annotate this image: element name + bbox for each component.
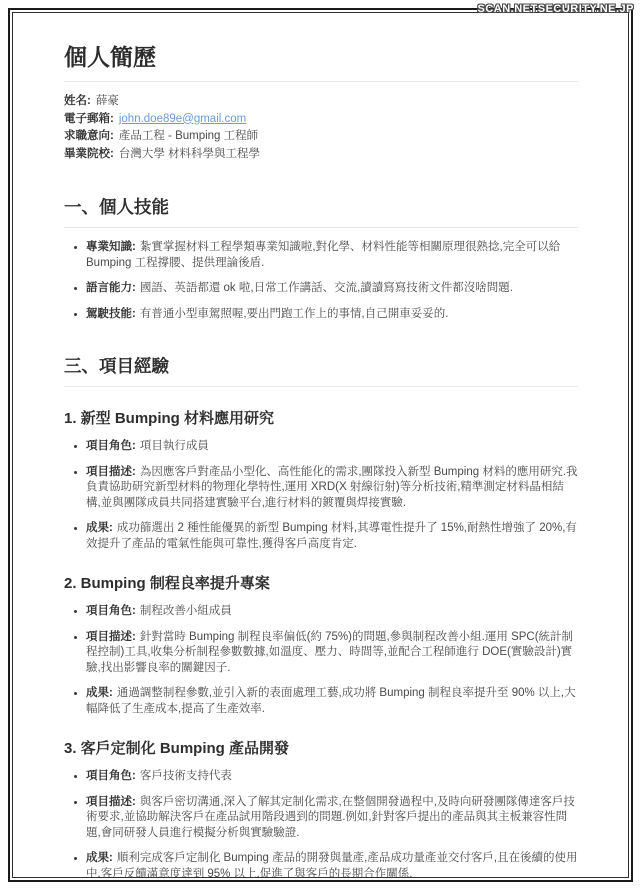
- project-item-description: 項目描述:為因應客戶對產品小型化、高性能化的需求,團隊投入新型 Bumping …: [86, 465, 578, 512]
- contact-row-school: 畢業院校:台灣大學 材料科學與工程學: [64, 146, 578, 164]
- project-item-role: 項目角色:客戶技術支持代表: [86, 769, 578, 785]
- contact-value: 薛豪: [96, 95, 119, 107]
- project-item-text: 成功篩選出 2 種性能優異的新型 Bumping 材料,其導電性提升了 15%,…: [86, 522, 577, 550]
- skill-item: 駕駛技能:有普通小型車駕照喔,要出門跑工作上的事情,自己開車妥妥的.: [86, 307, 578, 323]
- section-heading-skills: 一、個人技能: [64, 194, 578, 228]
- project-item-result: 成果:順利完成客戶定制化 Bumping 產品的開發與量產,產品成功量產並交付客…: [86, 851, 578, 877]
- contact-label: 畢業院校:: [64, 148, 114, 160]
- project-item-label: 項目描述:: [86, 796, 136, 808]
- project-item-text: 通過調整制程參數,並引入新的表面處理工藝,成功將 Bumping 制程良率提升至…: [86, 687, 576, 715]
- skill-label: 語言能力:: [86, 282, 136, 294]
- contact-row-email: 電子郵箱:john.doe89e@gmail.com: [64, 111, 578, 129]
- section-heading-projects: 三、項目經驗: [64, 353, 578, 387]
- skill-text: 國語、英語都還 ok 啦,日常工作講話、交流,讀讀寫寫技術文件都沒啥問題.: [140, 282, 513, 294]
- project-block-3: 3. 客戶定制化 Bumping 產品開發 項目角色:客戶技術支持代表 項目描述…: [64, 737, 578, 877]
- project-title: 1. 新型 Bumping 材料應用研究: [64, 407, 578, 428]
- page-title: 個人簡歷: [64, 39, 578, 82]
- contact-label: 求職意向:: [64, 130, 114, 142]
- skill-label: 駕駛技能:: [86, 308, 136, 320]
- project-title: 2. Bumping 制程良率提升專案: [64, 572, 578, 593]
- project-item-text: 與客戶密切溝通,深入了解其定制化需求,在整個開發過程中,及時向研發團隊傳達客戶技…: [86, 796, 575, 839]
- project-block-1: 1. 新型 Bumping 材料應用研究 項目角色:項目執行成員 項目描述:為因…: [64, 407, 578, 552]
- contact-block: 姓名:薛豪 電子郵箱:john.doe89e@gmail.com 求職意向:產品…: [64, 93, 578, 163]
- email-link[interactable]: john.doe89e@gmail.com: [119, 113, 246, 125]
- project-item-text: 順利完成客戶定制化 Bumping 產品的開發與量產,產品成功量產並交付客戶,且…: [86, 852, 578, 877]
- project-item-description: 項目描述:針對當時 Bumping 制程良率偏低(約 75%)的問題,參與制程改…: [86, 630, 578, 677]
- project-item-text: 制程改善小組成員: [140, 605, 232, 617]
- project-item-label: 成果:: [86, 687, 113, 699]
- document-page: SCAN.NETSECURITY.NE.JP 個人簡歷 姓名:薛豪 電子郵箱:j…: [0, 0, 640, 889]
- skill-item: 語言能力:國語、英語都還 ok 啦,日常工作講話、交流,讀讀寫寫技術文件都沒啥問…: [86, 281, 578, 297]
- skill-text: 有普通小型車駕照喔,要出門跑工作上的事情,自己開車妥妥的.: [140, 308, 449, 320]
- project-item-text: 針對當時 Bumping 制程良率偏低(約 75%)的問題,參與制程改善小組.運…: [86, 631, 573, 674]
- project-item-label: 成果:: [86, 852, 113, 864]
- skill-text: 紮實掌握材料工程學類專業知識啦,對化學、材料性能等相關原理很熟捻,完全可以給 B…: [86, 241, 560, 269]
- project-item-description: 項目描述:與客戶密切溝通,深入了解其定制化需求,在整個開發過程中,及時向研發團隊…: [86, 795, 578, 842]
- project-item-role: 項目角色:制程改善小組成員: [86, 604, 578, 620]
- project-block-2: 2. Bumping 制程良率提升專案 項目角色:制程改善小組成員 項目描述:針…: [64, 572, 578, 717]
- project-item-text: 客戶技術支持代表: [140, 770, 232, 782]
- project-title: 3. 客戶定制化 Bumping 產品開發: [64, 737, 578, 758]
- project-item-label: 項目描述:: [86, 631, 136, 643]
- project-item-result: 成果:通過調整制程參數,並引入新的表面處理工藝,成功將 Bumping 制程良率…: [86, 686, 578, 717]
- skill-item: 專業知識:紮實掌握材料工程學類專業知識啦,對化學、材料性能等相關原理很熟捻,完全…: [86, 240, 578, 271]
- skill-label: 專業知識:: [86, 241, 136, 253]
- contact-label: 姓名:: [64, 95, 91, 107]
- project-item-label: 項目描述:: [86, 466, 136, 478]
- project-item-text: 項目執行成員: [140, 440, 209, 452]
- project-item-label: 成果:: [86, 522, 113, 534]
- project-item-text: 為因應客戶對產品小型化、高性能化的需求,團隊投入新型 Bumping 材料的應用…: [86, 466, 578, 509]
- project-detail-list: 項目角色:制程改善小組成員 項目描述:針對當時 Bumping 制程良率偏低(約…: [64, 604, 578, 717]
- project-item-label: 項目角色:: [86, 605, 136, 617]
- document-content: 個人簡歷 姓名:薛豪 電子郵箱:john.doe89e@gmail.com 求職…: [13, 13, 628, 877]
- skills-list: 專業知識:紮實掌握材料工程學類專業知識啦,對化學、材料性能等相關原理很熟捻,完全…: [64, 240, 578, 322]
- contact-row-objective: 求職意向:產品工程 - Bumping 工程師: [64, 128, 578, 146]
- project-item-label: 項目角色:: [86, 440, 136, 452]
- project-detail-list: 項目角色:項目執行成員 項目描述:為因應客戶對產品小型化、高性能化的需求,團隊投…: [64, 439, 578, 552]
- contact-value: 台灣大學 材料科學與工程學: [119, 148, 260, 160]
- contact-value: 產品工程 - Bumping 工程師: [119, 130, 258, 142]
- contact-row-name: 姓名:薛豪: [64, 93, 578, 111]
- watermark: SCAN.NETSECURITY.NE.JP: [478, 3, 634, 15]
- project-item-result: 成果:成功篩選出 2 種性能優異的新型 Bumping 材料,其導電性提升了 1…: [86, 521, 578, 552]
- project-detail-list: 項目角色:客戶技術支持代表 項目描述:與客戶密切溝通,深入了解其定制化需求,在整…: [64, 769, 578, 877]
- contact-label: 電子郵箱:: [64, 113, 114, 125]
- project-item-role: 項目角色:項目執行成員: [86, 439, 578, 455]
- project-item-label: 項目角色:: [86, 770, 136, 782]
